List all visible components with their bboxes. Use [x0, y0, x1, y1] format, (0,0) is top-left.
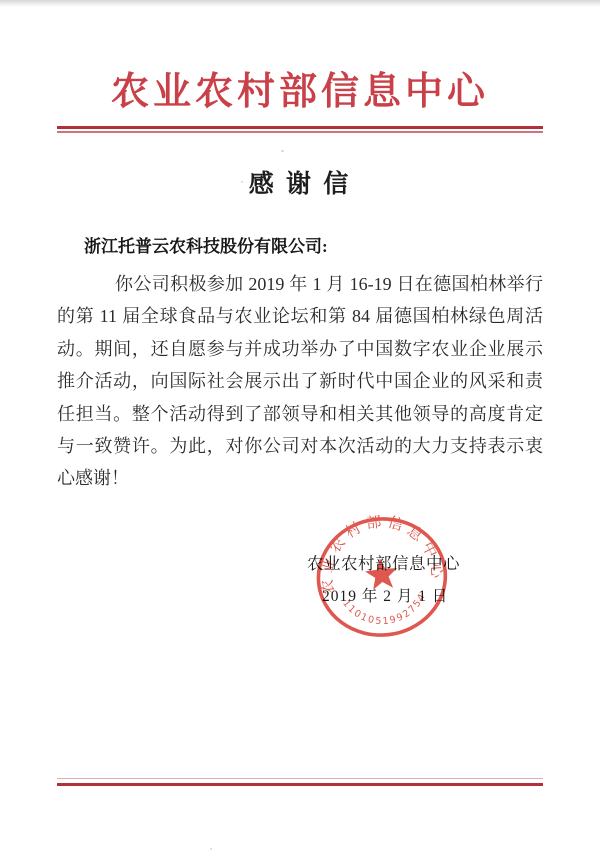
document-title: 感 谢 信: [0, 166, 600, 204]
letterhead-double-rule: [57, 126, 543, 133]
body-line: 心感谢！: [57, 462, 543, 494]
official-seal-stamp: 农业农村部信息中心 1101051992754: [305, 506, 460, 650]
addressee-line: 浙江托普云农科技股份有限公司:: [84, 234, 328, 260]
body-line: 的第 11 届全球食品与农业论坛和第 84 届德国柏林绿色周活: [57, 300, 543, 332]
footer-thick-line: [57, 783, 543, 786]
seal-star-icon: [364, 556, 399, 590]
body-line: 你公司积极参加 2019 年 1 月 16-19 日在德国柏林举行: [57, 268, 543, 300]
scan-speck: [210, 848, 212, 850]
letter-body: 你公司积极参加 2019 年 1 月 16-19 日在德国柏林举行 的第 11 …: [57, 268, 543, 495]
scan-speck: [241, 181, 243, 183]
body-line: 任担当。整个活动得到了部领导和相关其他领导的高度肯定: [57, 398, 543, 430]
footer-double-rule: [57, 778, 543, 786]
scan-edge-shadow: [0, 0, 600, 7]
body-line: 推介活动，向国际社会展示出了新时代中国企业的风采和责: [57, 365, 543, 397]
scanned-letter-page: 农业农村部信息中心 感 谢 信 浙江托普云农科技股份有限公司: 你公司积极参加 …: [0, 0, 600, 856]
letterhead-title: 农业农村部信息中心: [0, 66, 600, 118]
body-line: 与一致赞许。为此，对你公司对本次活动的大力支持表示衷: [57, 430, 543, 462]
rule-thin-line: [57, 131, 543, 133]
scan-speck: [281, 150, 284, 152]
body-line: 动。期间，还自愿参与并成功举办了中国数字农业企业展示: [57, 333, 543, 365]
